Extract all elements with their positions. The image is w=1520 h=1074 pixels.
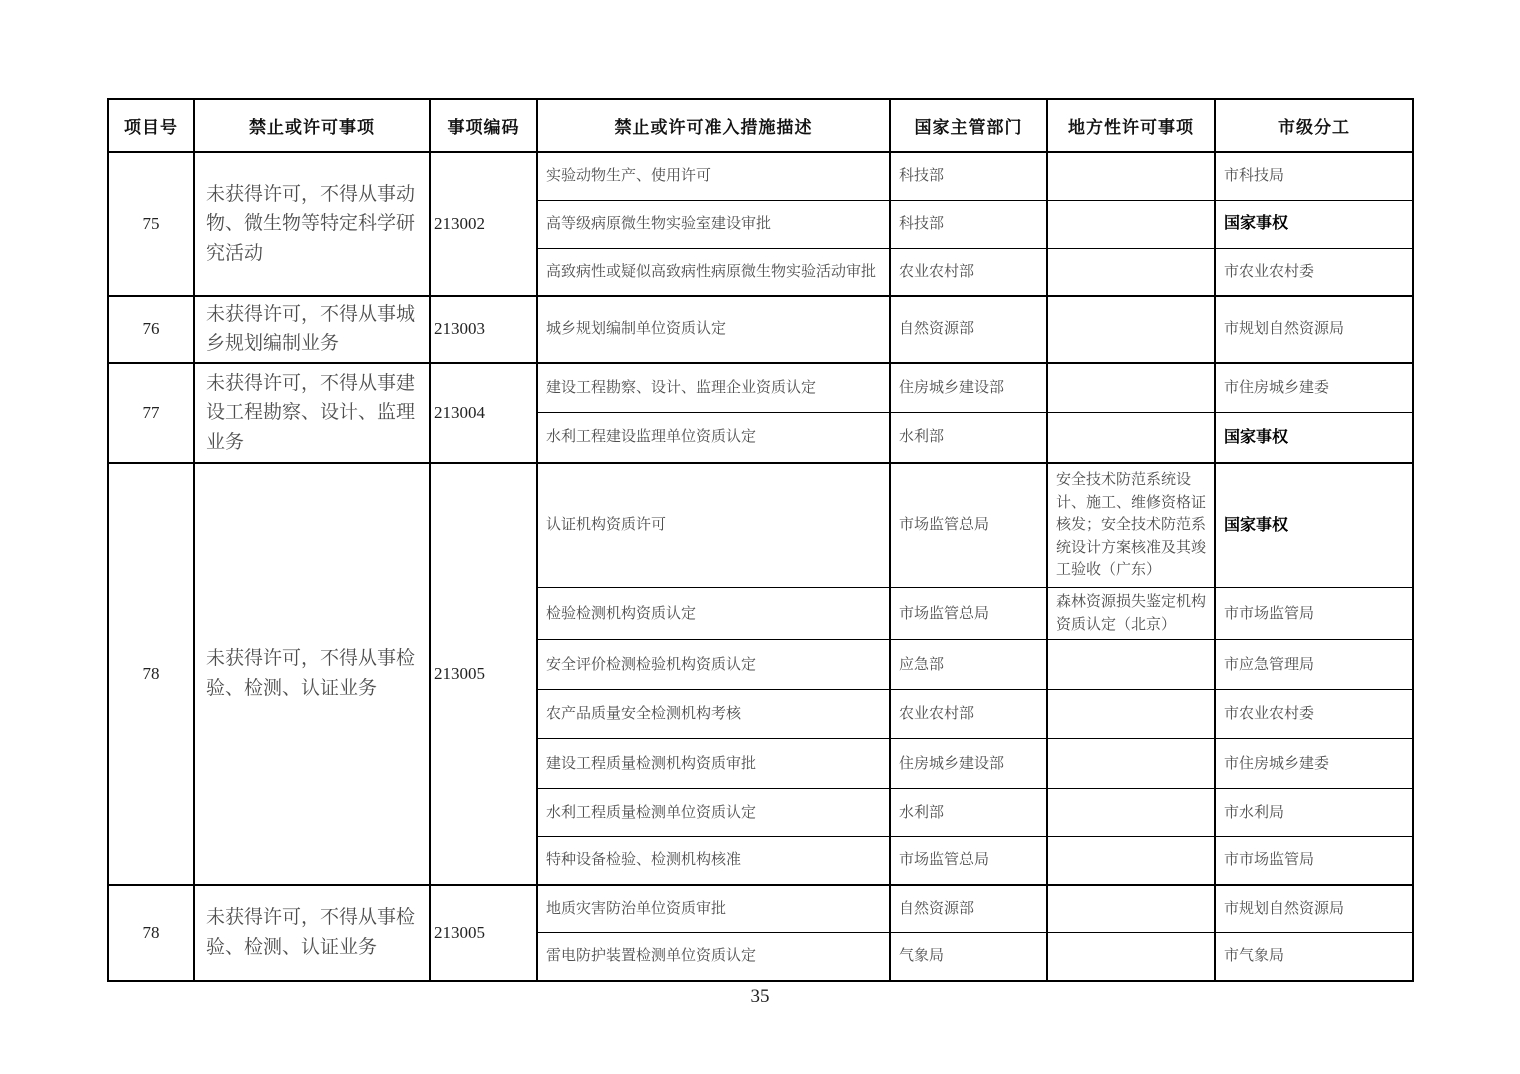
cell-measure: 实验动物生产、使用许可 (537, 152, 890, 200)
cell-measure: 建设工程质量检测机构资质审批 (537, 739, 890, 789)
cell-local-permit (1047, 739, 1215, 789)
cell-local-permit (1047, 363, 1215, 413)
cell-municipal: 国家事权 (1215, 463, 1413, 588)
cell-national-dept: 市场监管总局 (890, 588, 1047, 640)
cell-measure: 高等级病原微生物实验室建设审批 (537, 200, 890, 248)
cell-municipal: 市住房城乡建委 (1215, 363, 1413, 413)
cell-matter: 未获得许可，不得从事动物、微生物等特定科学研究活动 (194, 152, 430, 296)
page-number: 35 (0, 986, 1520, 1008)
table-row: 77 未获得许可，不得从事建设工程勘察、设计、监理业务 213004 建设工程勘… (108, 363, 1413, 413)
cell-local-permit (1047, 885, 1215, 933)
cell-municipal: 市农业农村委 (1215, 248, 1413, 296)
cell-item-no: 78 (108, 885, 194, 981)
cell-local-permit (1047, 690, 1215, 739)
cell-measure: 安全评价检测检验机构资质认定 (537, 640, 890, 690)
cell-matter: 未获得许可，不得从事建设工程勘察、设计、监理业务 (194, 363, 430, 463)
cell-item-no: 77 (108, 363, 194, 463)
cell-national-dept: 农业农村部 (890, 248, 1047, 296)
cell-matter: 未获得许可，不得从事检验、检测、认证业务 (194, 885, 430, 981)
cell-municipal: 市水利局 (1215, 789, 1413, 837)
table-row: 78 未获得许可，不得从事检验、检测、认证业务 213005 认证机构资质许可 … (108, 463, 1413, 588)
document-page: { "colors": { "background": "#ffffff", "… (0, 0, 1520, 1074)
cell-national-dept: 气象局 (890, 933, 1047, 981)
cell-local-permit (1047, 248, 1215, 296)
cell-code: 213002 (430, 152, 537, 296)
cell-national-dept: 应急部 (890, 640, 1047, 690)
col-header-national-dept: 国家主管部门 (890, 99, 1047, 152)
col-header-measure: 禁止或许可准入措施描述 (537, 99, 890, 152)
cell-local-permit: 安全技术防范系统设计、施工、维修资格证核发；安全技术防范系统设计方案核准及其竣工… (1047, 463, 1215, 588)
cell-municipal: 市规划自然资源局 (1215, 296, 1413, 363)
cell-local-permit (1047, 837, 1215, 885)
cell-municipal: 市市场监管局 (1215, 837, 1413, 885)
cell-national-dept: 科技部 (890, 152, 1047, 200)
cell-municipal: 国家事权 (1215, 200, 1413, 248)
cell-national-dept: 水利部 (890, 789, 1047, 837)
cell-national-dept: 住房城乡建设部 (890, 739, 1047, 789)
cell-measure: 地质灾害防治单位资质审批 (537, 885, 890, 933)
cell-municipal: 市应急管理局 (1215, 640, 1413, 690)
cell-local-permit: 森林资源损失鉴定机构资质认定（北京） (1047, 588, 1215, 640)
cell-measure: 农产品质量安全检测机构考核 (537, 690, 890, 739)
cell-local-permit (1047, 640, 1215, 690)
cell-local-permit (1047, 413, 1215, 463)
cell-code: 213003 (430, 296, 537, 363)
cell-municipal: 市住房城乡建委 (1215, 739, 1413, 789)
cell-measure: 水利工程质量检测单位资质认定 (537, 789, 890, 837)
cell-matter: 未获得许可，不得从事检验、检测、认证业务 (194, 463, 430, 885)
cell-national-dept: 自然资源部 (890, 296, 1047, 363)
cell-measure: 水利工程建设监理单位资质认定 (537, 413, 890, 463)
cell-measure: 特种设备检验、检测机构核准 (537, 837, 890, 885)
table-row: 75 未获得许可，不得从事动物、微生物等特定科学研究活动 213002 实验动物… (108, 152, 1413, 200)
cell-code: 213004 (430, 363, 537, 463)
cell-national-dept: 农业农村部 (890, 690, 1047, 739)
cell-measure: 认证机构资质许可 (537, 463, 890, 588)
cell-measure: 高致病性或疑似高致病性病原微生物实验活动审批 (537, 248, 890, 296)
cell-measure: 城乡规划编制单位资质认定 (537, 296, 890, 363)
cell-municipal: 市规划自然资源局 (1215, 885, 1413, 933)
cell-code: 213005 (430, 463, 537, 885)
cell-municipal: 市市场监管局 (1215, 588, 1413, 640)
col-header-matter: 禁止或许可事项 (194, 99, 430, 152)
cell-national-dept: 市场监管总局 (890, 837, 1047, 885)
cell-measure: 雷电防护装置检测单位资质认定 (537, 933, 890, 981)
permit-table: 项目号 禁止或许可事项 事项编码 禁止或许可准入措施描述 国家主管部门 地方性许… (107, 98, 1414, 982)
cell-matter: 未获得许可，不得从事城乡规划编制业务 (194, 296, 430, 363)
cell-item-no: 75 (108, 152, 194, 296)
cell-municipal: 国家事权 (1215, 413, 1413, 463)
cell-local-permit (1047, 296, 1215, 363)
cell-national-dept: 市场监管总局 (890, 463, 1047, 588)
col-header-municipal: 市级分工 (1215, 99, 1413, 152)
cell-municipal: 市科技局 (1215, 152, 1413, 200)
cell-measure: 检验检测机构资质认定 (537, 588, 890, 640)
cell-national-dept: 科技部 (890, 200, 1047, 248)
cell-code: 213005 (430, 885, 537, 981)
col-header-local-permit: 地方性许可事项 (1047, 99, 1215, 152)
cell-national-dept: 住房城乡建设部 (890, 363, 1047, 413)
table-row: 76 未获得许可，不得从事城乡规划编制业务 213003 城乡规划编制单位资质认… (108, 296, 1413, 363)
cell-local-permit (1047, 200, 1215, 248)
cell-local-permit (1047, 152, 1215, 200)
cell-measure: 建设工程勘察、设计、监理企业资质认定 (537, 363, 890, 413)
cell-municipal: 市农业农村委 (1215, 690, 1413, 739)
cell-municipal: 市气象局 (1215, 933, 1413, 981)
cell-national-dept: 自然资源部 (890, 885, 1047, 933)
table-header-row: 项目号 禁止或许可事项 事项编码 禁止或许可准入措施描述 国家主管部门 地方性许… (108, 99, 1413, 152)
cell-local-permit (1047, 789, 1215, 837)
table-row: 78 未获得许可，不得从事检验、检测、认证业务 213005 地质灾害防治单位资… (108, 885, 1413, 933)
cell-item-no: 76 (108, 296, 194, 363)
cell-local-permit (1047, 933, 1215, 981)
cell-item-no: 78 (108, 463, 194, 885)
cell-national-dept: 水利部 (890, 413, 1047, 463)
col-header-code: 事项编码 (430, 99, 537, 152)
col-header-item-no: 项目号 (108, 99, 194, 152)
